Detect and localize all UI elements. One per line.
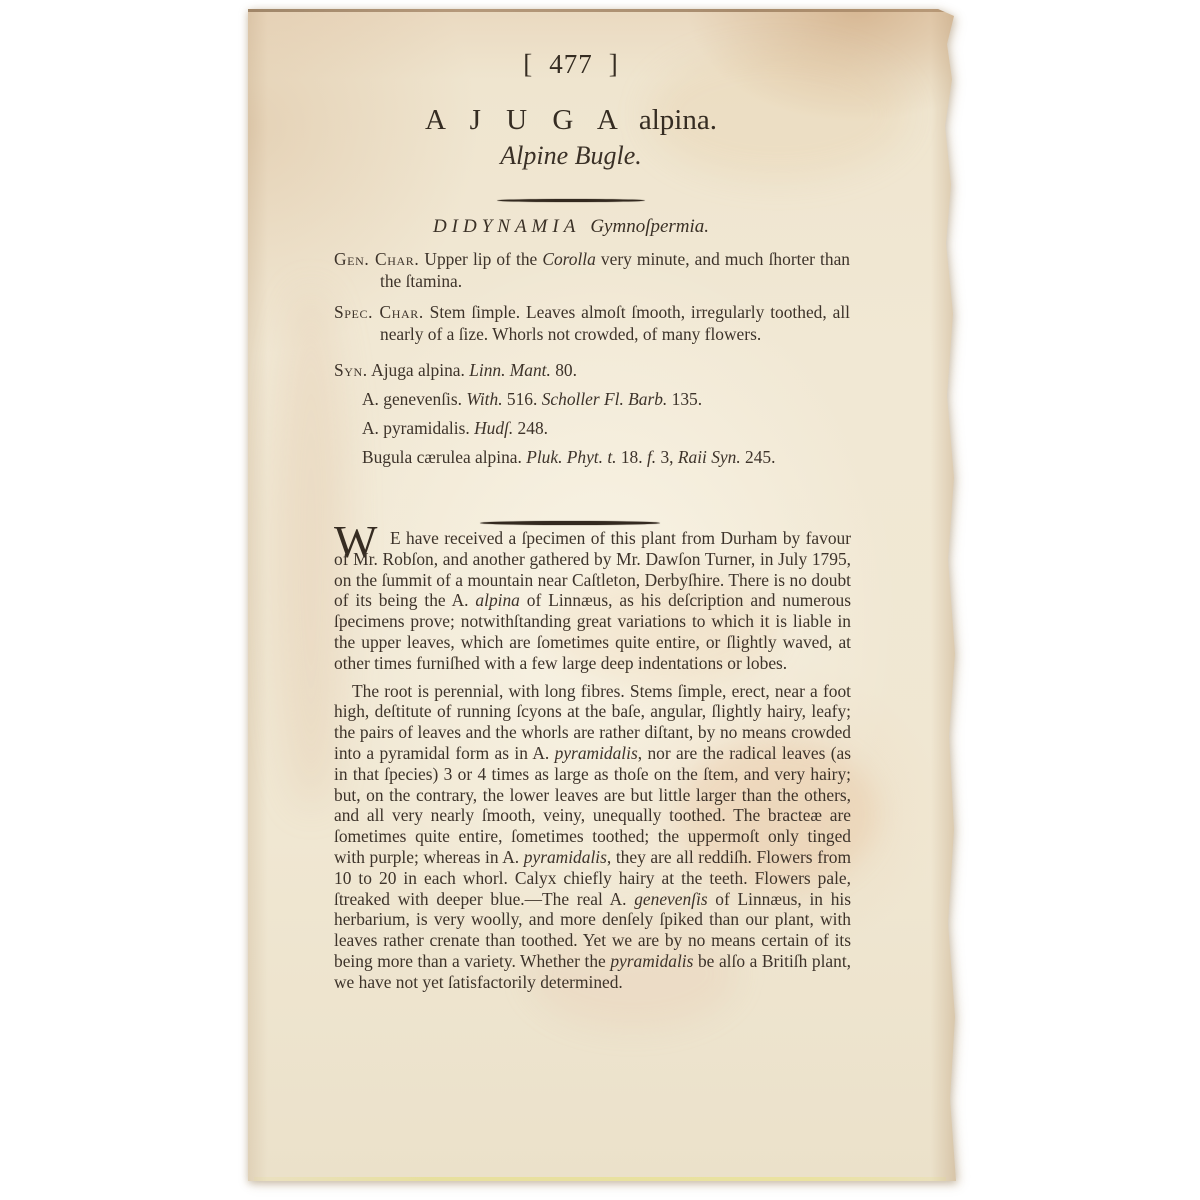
spec-char-label: Spec. Char.: [334, 302, 424, 322]
page-shadow-wrap: [477] A J U G Aalpina. Alpine Bugle. DID…: [248, 9, 956, 1181]
syn-first-entry: Ajuga alpina. Linn. Mant. 80.: [368, 360, 577, 380]
syn-paragraph: Syn. Ajuga alpina. Linn. Mant. 80.: [334, 359, 850, 381]
body-paragraph-1: E have received a ſpecimen of this plant…: [334, 528, 851, 674]
common-name-subtitle: Alpine Bugle.: [306, 141, 836, 171]
page-number: [477]: [306, 49, 836, 80]
bracket-right: ]: [609, 49, 619, 79]
bracket-left: [: [523, 49, 533, 79]
linnaean-class: DIDYNAMIA: [433, 216, 580, 237]
page-number-value: 477: [549, 49, 593, 79]
species-name: alpina.: [639, 104, 717, 136]
spec-char-paragraph: Spec. Char. Stem ſimple. Leaves almoſt ſ…: [334, 301, 850, 345]
deckle-edge-shade: [926, 9, 956, 1181]
genus-name: A J U G A: [425, 104, 627, 136]
linnaean-order: Gymnoſpermia.: [590, 216, 709, 237]
character-section: Gen. Char. Upper lip of the Corolla very…: [334, 248, 850, 468]
synonyms-section: Syn. Ajuga alpina. Linn. Mant. 80. A. ge…: [334, 359, 850, 468]
title-divider-rule: [497, 199, 645, 202]
description-text: E have received a ſpecimen of this plant…: [334, 528, 851, 993]
page-top-edge: [248, 9, 954, 12]
page-bottom-edge: [254, 1177, 946, 1181]
book-page: [477] A J U G Aalpina. Alpine Bugle. DID…: [248, 9, 956, 1181]
section-divider-rule: [480, 521, 660, 525]
syn-entry: A. genevenſis. With. 516. Scholler Fl. B…: [362, 388, 850, 410]
syn-entry: A. pyramidalis. Hudſ. 248.: [362, 417, 850, 439]
syn-label: Syn.: [334, 360, 368, 380]
left-edge-shade: [248, 9, 270, 1181]
gen-char-paragraph: Gen. Char. Upper lip of the Corolla very…: [334, 248, 850, 292]
gen-char-text: Upper lip of the Corolla very minute, an…: [380, 249, 850, 291]
gen-char-label: Gen. Char.: [334, 249, 419, 269]
scan-background: [477] A J U G Aalpina. Alpine Bugle. DID…: [0, 0, 1200, 1200]
syn-entry: Bugula cærulea alpina. Pluk. Phyt. t. 18…: [362, 446, 850, 468]
classification-line: DIDYNAMIAGymnoſpermia.: [306, 216, 836, 238]
spec-char-text: Stem ſimple. Leaves almoſt ſmooth, irreg…: [380, 302, 850, 344]
page-title: A J U G Aalpina.: [306, 104, 836, 137]
body-paragraph-2: The root is perennial, with long fibres.…: [334, 681, 851, 993]
